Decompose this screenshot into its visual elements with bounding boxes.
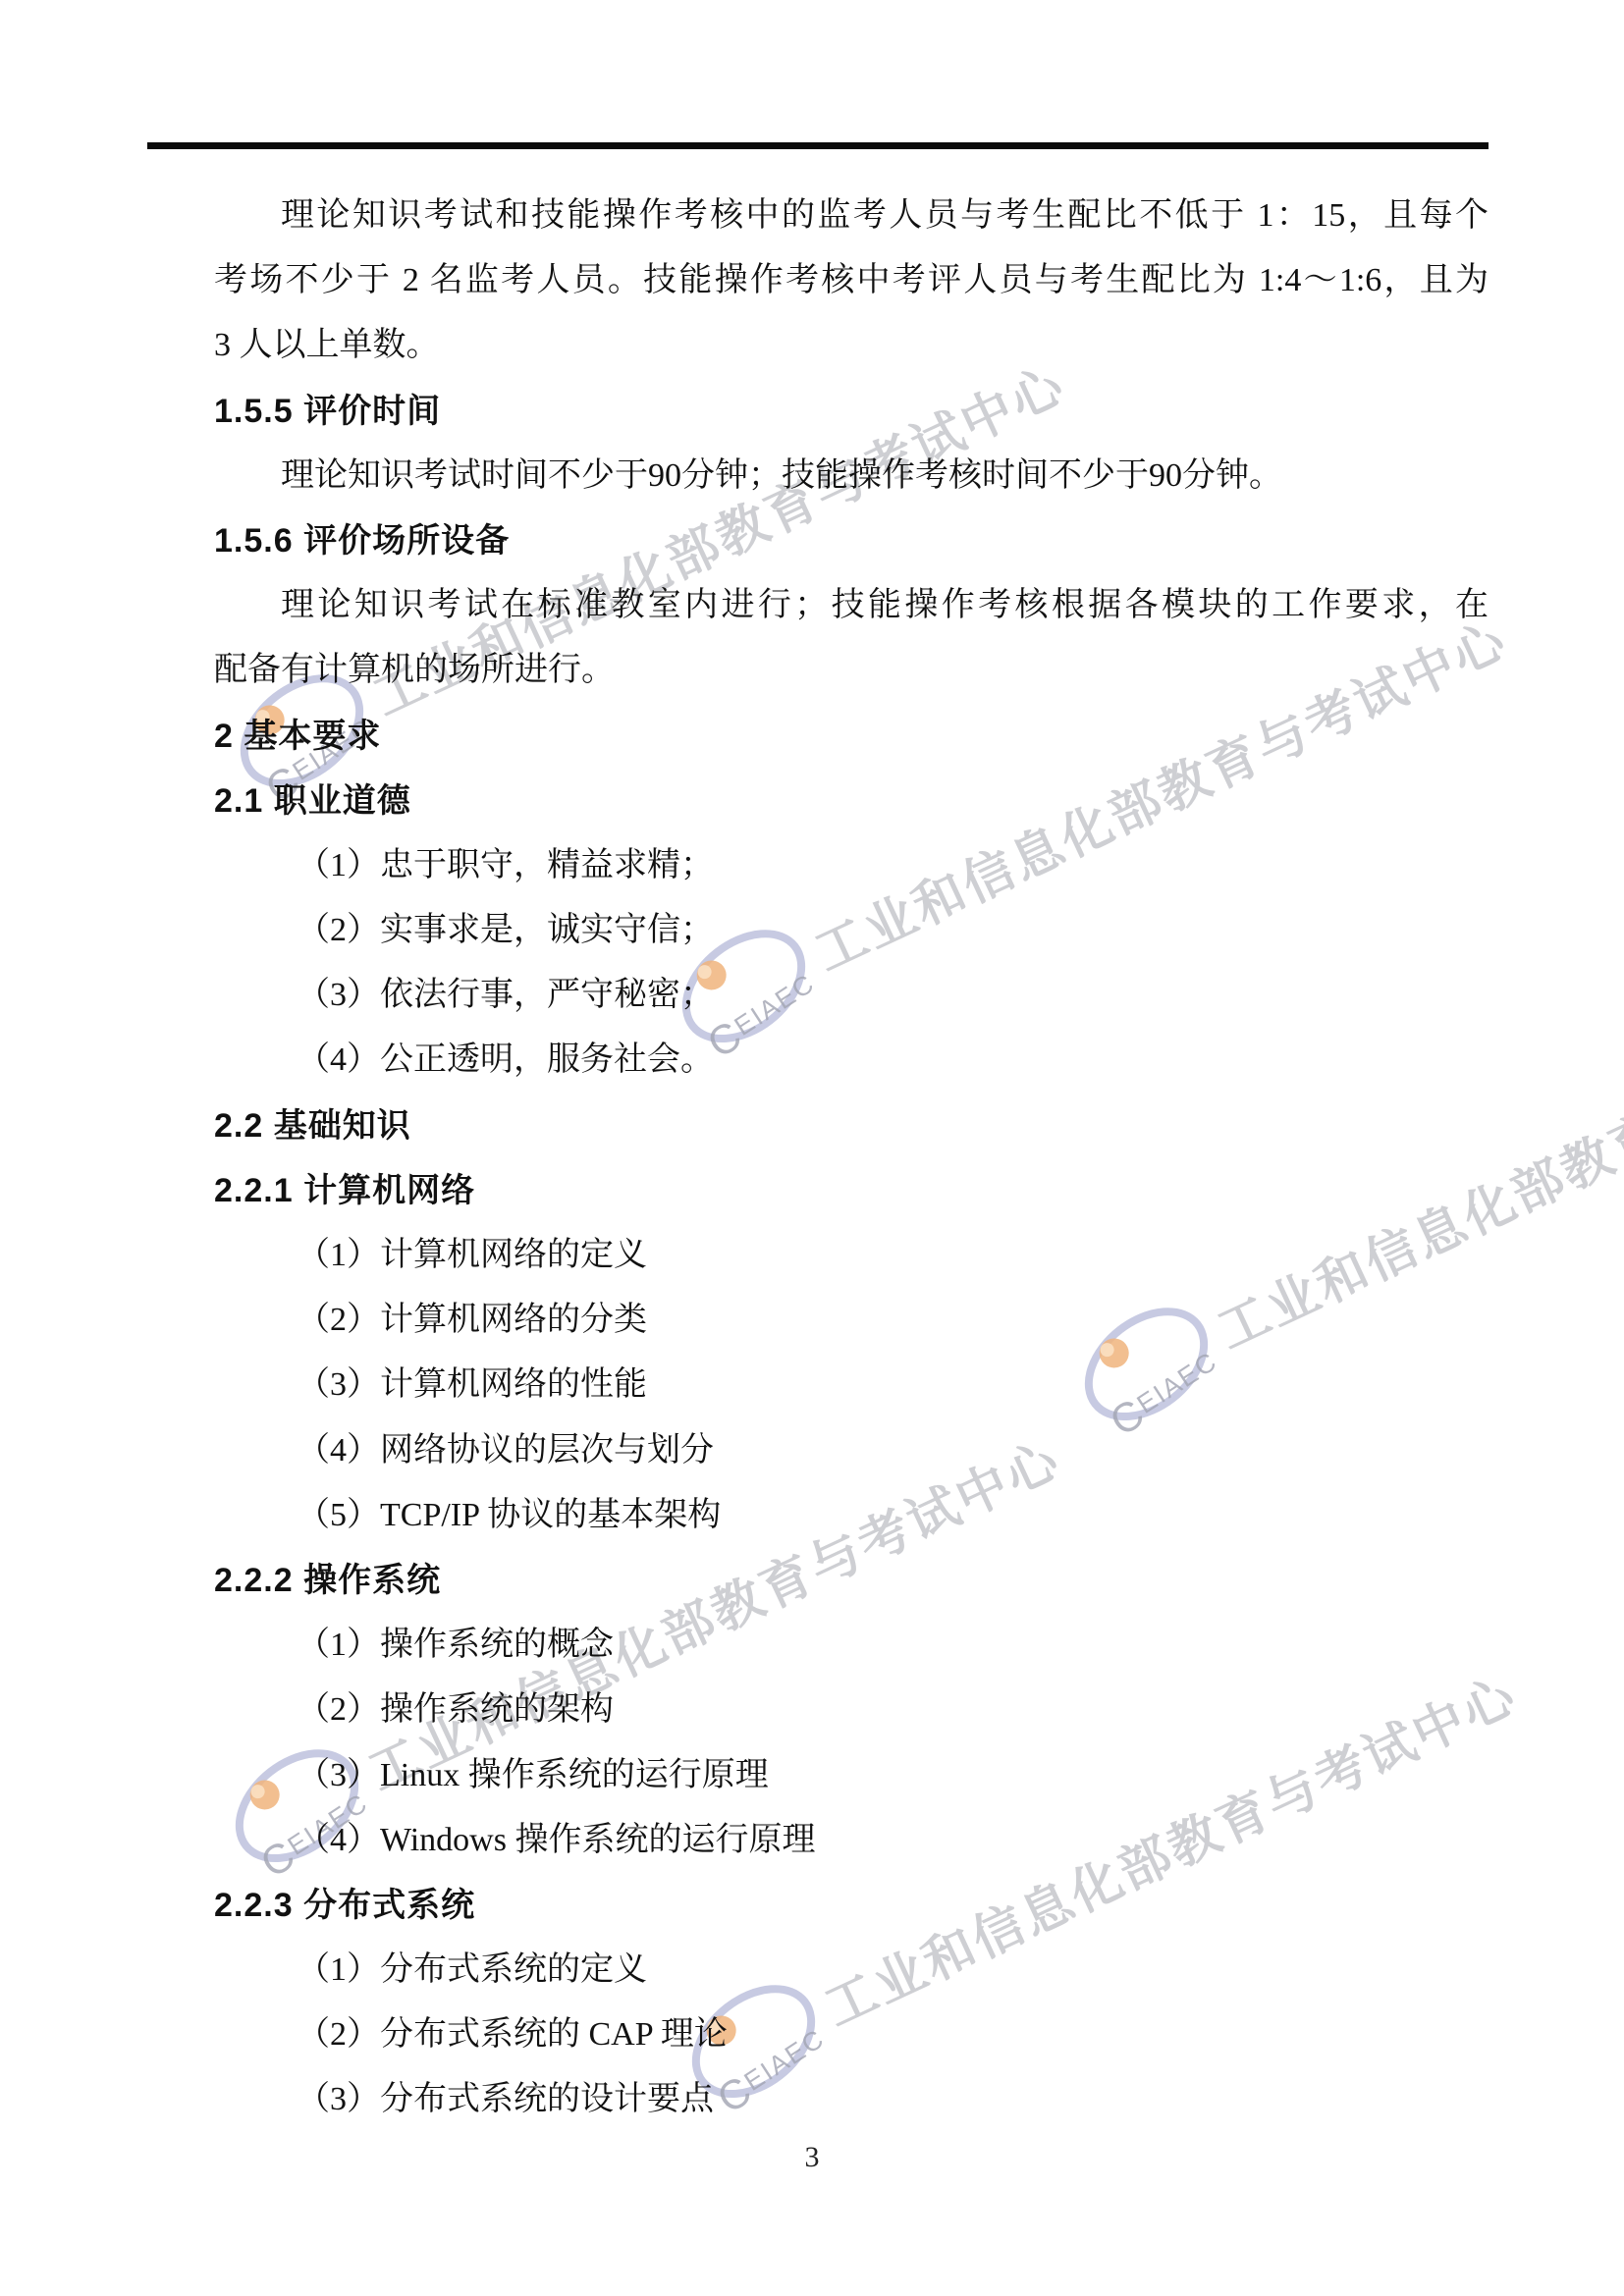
text-line: （1）分布式系统的定义 [214, 1938, 1489, 2002]
heading-line: 2.1 职业道德 [214, 769, 1489, 833]
text-line: （4）Windows 操作系统的运行原理 [214, 1808, 1489, 1873]
text-line: （2）实事求是，诚实守信； [214, 898, 1489, 963]
header-rule [147, 142, 1489, 149]
text-line: （3）Linux 操作系统的运行原理 [214, 1743, 1489, 1808]
heading-line: 1.5.5 评价时间 [214, 379, 1489, 444]
text-line: （3）依法行事，严守秘密； [214, 963, 1489, 1028]
text-line: （1）计算机网络的定义 [214, 1223, 1489, 1288]
text-line: （3）分布式系统的设计要点 [214, 2067, 1489, 2132]
text-line: 配备有计算机的场所进行。 [214, 638, 1489, 703]
heading-line: 2.2.3 分布式系统 [214, 1873, 1489, 1938]
text-line: （1）操作系统的概念 [214, 1613, 1489, 1678]
text-line: （2）分布式系统的 CAP 理论 [214, 2002, 1489, 2067]
heading-line: 2.2 基础知识 [214, 1094, 1489, 1158]
heading-line: 2 基本要求 [214, 704, 1489, 769]
heading-line: 2.2.1 计算机网络 [214, 1158, 1489, 1223]
document-body: 理论知识考试和技能操作考核中的监考人员与考生配比不低于 1：15，且每个考场不少… [214, 184, 1489, 2133]
page-number: 3 [0, 2128, 1624, 2187]
text-line: （5）TCP/IP 协议的基本架构 [214, 1483, 1489, 1548]
heading-line: 1.5.6 评价场所设备 [214, 508, 1489, 573]
text-line: 理论知识考试时间不少于90分钟；技能操作考核时间不少于90分钟。 [214, 444, 1489, 508]
heading-line: 2.2.2 操作系统 [214, 1548, 1489, 1613]
text-line: 考场不少于 2 名监考人员。技能操作考核中考评人员与考生配比为 1:4～1:6，… [214, 248, 1489, 313]
text-line: （3）计算机网络的性能 [214, 1353, 1489, 1417]
text-line: （2）计算机网络的分类 [214, 1288, 1489, 1353]
text-line: （2）操作系统的架构 [214, 1678, 1489, 1742]
text-line: （4）公正透明，服务社会。 [214, 1028, 1489, 1093]
text-line: （4）网络协议的层次与划分 [214, 1418, 1489, 1483]
document-page: CEIAEC工业和信息化部教育与考试中心CEIAEC工业和信息化部教育与考试中心… [0, 0, 1624, 2296]
text-line: 3 人以上单数。 [214, 313, 1489, 378]
text-line: 理论知识考试和技能操作考核中的监考人员与考生配比不低于 1：15，且每个 [214, 184, 1489, 248]
text-line: （1）忠于职守，精益求精； [214, 833, 1489, 898]
text-line: 理论知识考试在标准教室内进行；技能操作考核根据各模块的工作要求，在 [214, 573, 1489, 638]
